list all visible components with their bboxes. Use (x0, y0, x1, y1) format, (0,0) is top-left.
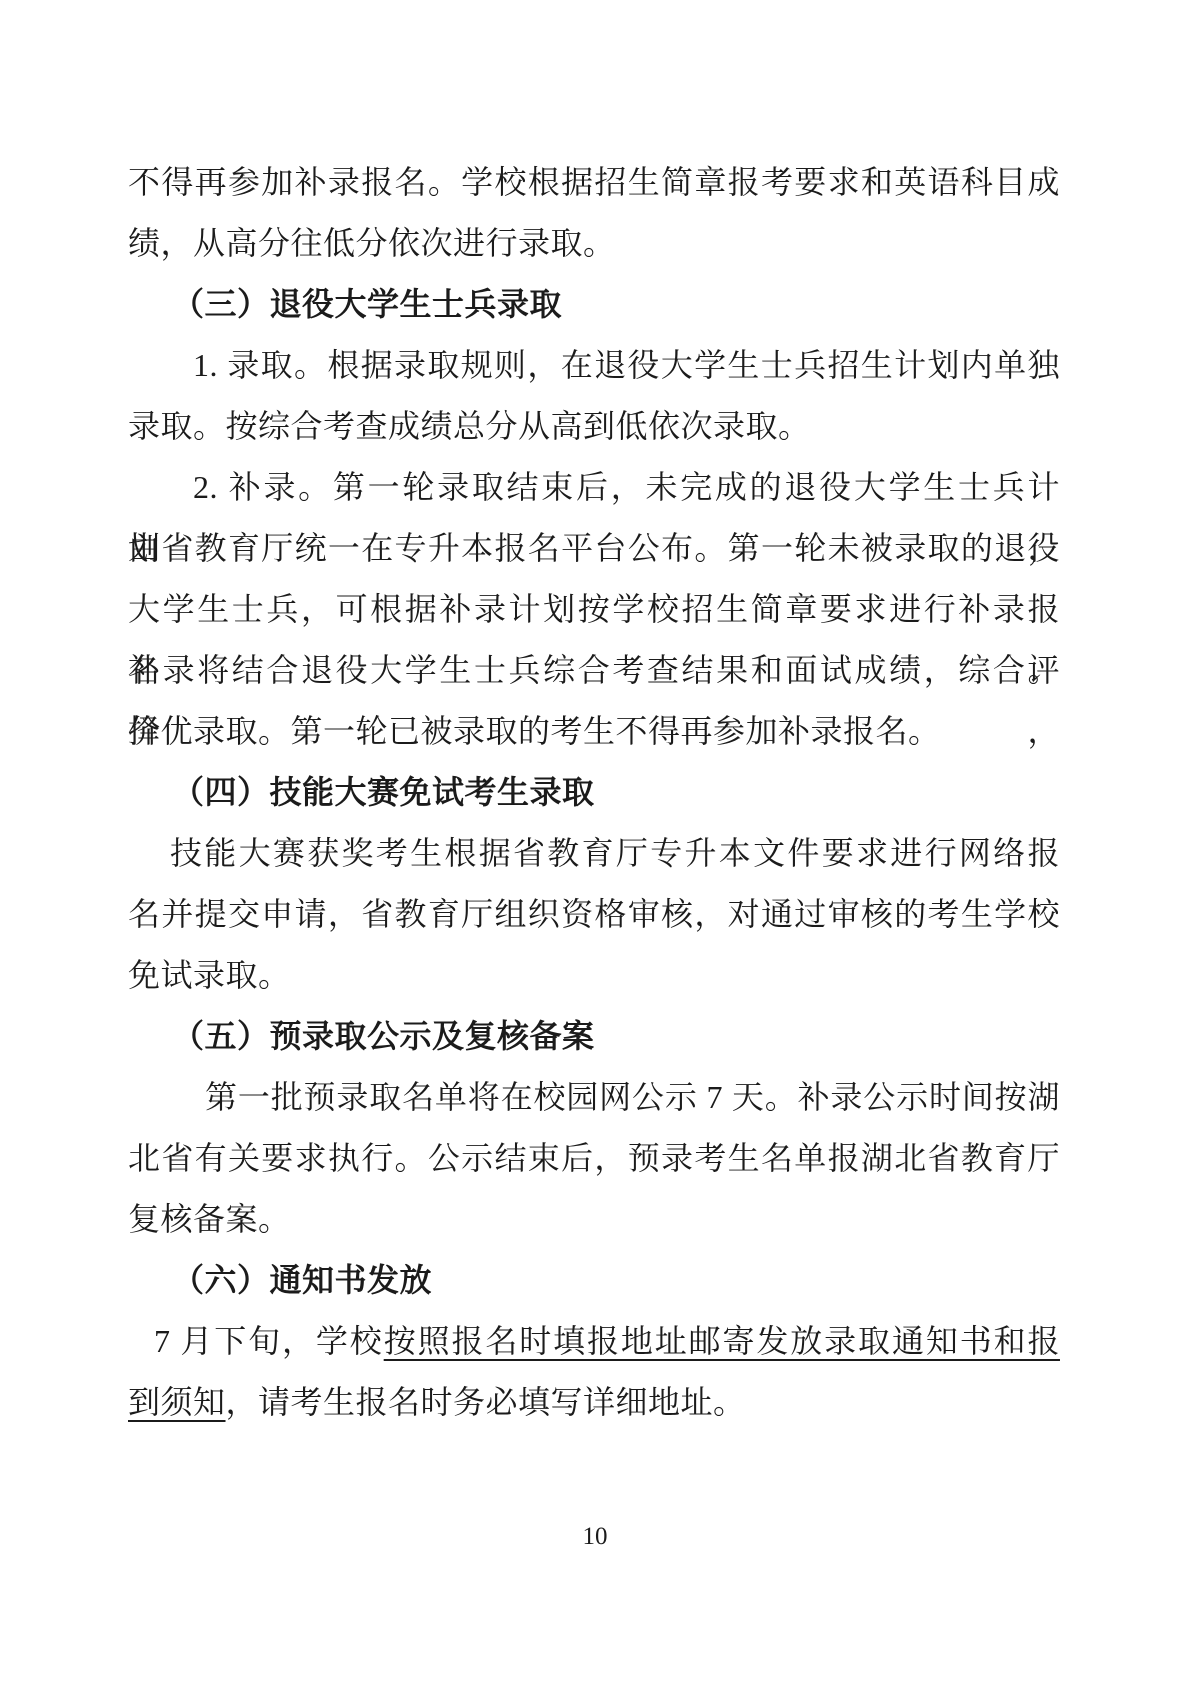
document-page: 不得再参加补录报名。学校根据招生简章报考要求和英语科目成 绩，从高分往低分依次进… (0, 0, 1190, 1683)
section-heading-3: （三）退役大学生士兵录取 (128, 274, 1060, 335)
text-line: 7 月下旬，学校按照报名时填报地址邮寄发放录取通知书和报 (128, 1311, 1060, 1372)
text-line: 2. 补录。第一轮录取结束后，未完成的退役大学生士兵计划， (128, 457, 1060, 518)
text-line: 由省教育厅统一在专升本报名平台公布。第一轮未被录取的退役 (128, 518, 1060, 579)
text-line: 大学生士兵，可根据补录计划按学校招生简章要求进行补录报名。 (128, 579, 1060, 640)
text-line: 技能大赛获奖考生根据省教育厅专升本文件要求进行网络报 (128, 823, 1060, 884)
text-line: 北省有关要求执行。公示结束后，预录考生名单报湖北省教育厅 (128, 1128, 1060, 1189)
text-line: 复核备案。 (128, 1189, 1060, 1250)
section-heading-6: （六）通知书发放 (128, 1250, 1060, 1311)
document-body: 不得再参加补录报名。学校根据招生简章报考要求和英语科目成 绩，从高分往低分依次进… (128, 152, 1060, 1433)
section-heading-4: （四）技能大赛免试考生录取 (128, 762, 1060, 823)
text-line: 免试录取。 (128, 945, 1060, 1006)
text-line: 第一批预录取名单将在校园网公示 7 天。补录公示时间按湖 (128, 1067, 1060, 1128)
text-line: 到须知，请考生报名时务必填写详细地址。 (128, 1372, 1060, 1433)
underlined-text: 到须知 (128, 1384, 226, 1420)
text-line: 名并提交申请，省教育厅组织资格审核，对通过审核的考生学校 (128, 884, 1060, 945)
text-segment: 7 月下旬，学校 (154, 1323, 384, 1359)
section-heading-5: （五）预录取公示及复核备案 (128, 1006, 1060, 1067)
text-line: 不得再参加补录报名。学校根据招生简章报考要求和英语科目成 (128, 152, 1060, 213)
text-line: 1. 录取。根据录取规则，在退役大学生士兵招生计划内单独 (128, 335, 1060, 396)
text-line: 择优录取。第一轮已被录取的考生不得再参加补录报名。 (128, 701, 1060, 762)
text-line: 绩，从高分往低分依次进行录取。 (128, 213, 1060, 274)
text-segment: ，请考生报名时务必填写详细地址。 (226, 1384, 746, 1420)
page-number: 10 (0, 1522, 1190, 1552)
text-line: 补录将结合退役大学生士兵综合考查结果和面试成绩，综合评价， (128, 640, 1060, 701)
text-line: 录取。按综合考查成绩总分从高到低依次录取。 (128, 396, 1060, 457)
underlined-text: 按照报名时填报地址邮寄发放录取通知书和报 (384, 1323, 1060, 1359)
